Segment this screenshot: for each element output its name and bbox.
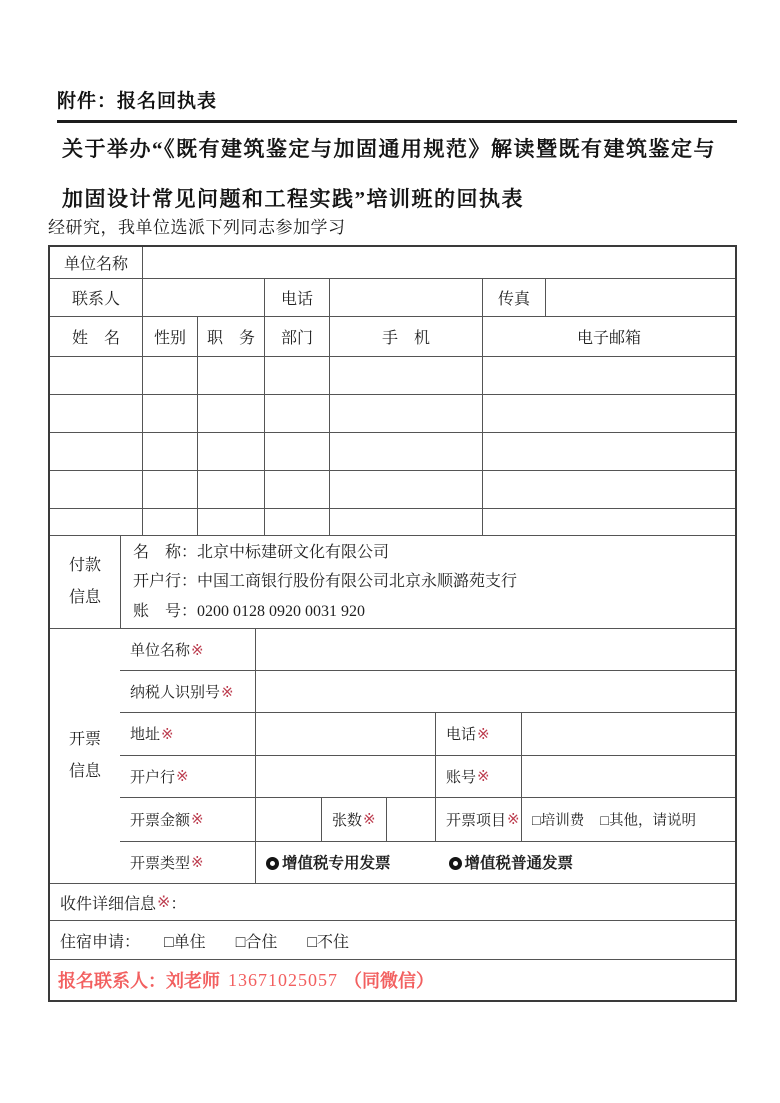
empty-cell: [142, 471, 197, 508]
invoice-info-section: 开票 信息 单位名称※ 纳税人识别号※ 地址※: [50, 628, 735, 883]
required-mark: ※: [477, 725, 490, 743]
payment-details: 名 称：北京中标建研文化有限公司 开户行：中国工商银行股份有限公司北京永顺潞苑支…: [120, 536, 735, 628]
lodging-label: 住宿申请：: [60, 929, 140, 952]
radio-bullet-icon: [266, 857, 279, 870]
fax-label: 传真: [482, 279, 545, 316]
empty-cell: [329, 509, 482, 535]
invoice-address-row: 地址※ 电话※: [120, 712, 735, 754]
invoice-bank-row: 开户行※ 账号※: [120, 755, 735, 797]
attendee-header-row: 姓 名 性别 职 务 部门 手 机 电子邮箱: [50, 316, 735, 356]
checkbox-option-shared-room: □合住: [236, 929, 278, 952]
empty-cell: [50, 471, 142, 508]
checkbox-option-other: □其他，请说明: [600, 809, 696, 830]
invoice-count-label: 张数※: [321, 798, 386, 841]
empty-cell: [482, 509, 735, 535]
label-text: 开户行: [130, 766, 175, 787]
empty-cell: [482, 433, 735, 470]
type-option-general-label: 增值税普通发票: [465, 855, 574, 872]
invoice-tax-id-row: 纳税人识别号※: [120, 670, 735, 712]
empty-cell: [264, 357, 329, 394]
colon: ：: [170, 891, 186, 914]
label-text: 纳税人识别号: [130, 681, 220, 702]
type-option-general: 增值税普通发票: [449, 851, 574, 873]
header-gender: 性别: [142, 317, 197, 356]
invoice-amount-field: [255, 798, 321, 841]
label-text: 开票项目: [446, 809, 506, 830]
label-text: 收件详细信息: [60, 891, 156, 914]
registration-form-table: 单位名称 联系人 电话 传真 姓 名 性别 职 务 部门 手 机 电子邮箱: [48, 245, 737, 1002]
empty-cell: [264, 433, 329, 470]
attendee-empty-row: [50, 394, 735, 432]
invoice-type-options: 增值税专用发票 增值税普通发票: [255, 842, 735, 883]
header-department: 部门: [264, 317, 329, 356]
required-mark: ※: [191, 810, 204, 828]
attendee-empty-row: [50, 432, 735, 470]
empty-cell: [329, 433, 482, 470]
invoice-bank-label: 开户行※: [120, 756, 255, 797]
phone-field: [329, 279, 482, 316]
required-mark: ※: [191, 641, 204, 659]
payment-info-label: 付款 信息: [50, 536, 120, 628]
label-text: 电话: [446, 723, 476, 744]
required-mark: ※: [507, 810, 520, 828]
payment-label-line2: 信息: [69, 582, 101, 614]
phone-label: 电话: [264, 279, 329, 316]
intro-sentence: 经研究，我单位选派下列同志参加学习: [48, 213, 748, 238]
header-mobile: 手 机: [329, 317, 482, 356]
empty-cell: [197, 433, 264, 470]
invoice-amount-label: 开票金额※: [120, 798, 255, 841]
checkbox-option-training-fee: □培训费: [532, 809, 584, 830]
attendee-empty-row: [50, 356, 735, 394]
invoice-type-label: 开票类型※: [120, 842, 255, 883]
recipient-info-row: 收件详细信息※：: [50, 883, 735, 920]
invoice-account-label: 账号※: [435, 756, 521, 797]
document-title-line2: 加固设计常见问题和工程实践”培训班的回执表: [62, 183, 762, 213]
invoice-address-field: [255, 713, 435, 754]
empty-cell: [264, 395, 329, 432]
radio-bullet-icon: [449, 857, 462, 870]
header-email: 电子邮箱: [482, 317, 735, 356]
footer-contact-row: 报名联系人：刘老师 13671025057 （同微信）: [50, 959, 735, 1000]
payment-label-line1: 付款: [69, 550, 101, 582]
invoice-unit-name-row: 单位名称※: [120, 629, 735, 670]
empty-cell: [50, 433, 142, 470]
invoice-info-label: 开票 信息: [50, 629, 120, 883]
type-option-special: 增值税专用发票: [266, 851, 391, 873]
lodging-options: 住宿申请： □单住 □合住 □不住: [50, 921, 735, 959]
empty-cell: [50, 509, 142, 535]
invoice-tax-id-label: 纳税人识别号※: [120, 671, 255, 712]
invoice-item-options: □培训费 □其他，请说明: [521, 798, 735, 841]
empty-cell: [142, 395, 197, 432]
required-mark: ※: [157, 892, 170, 912]
invoice-tax-id-field: [255, 671, 735, 712]
empty-cell: [264, 471, 329, 508]
label-text: 开票类型: [130, 852, 190, 873]
footer-wechat-note: （同微信）: [344, 967, 434, 993]
invoice-account-field: [521, 756, 735, 797]
invoice-fields: 单位名称※ 纳税人识别号※ 地址※ 电话※: [120, 629, 735, 883]
label-text: 地址: [130, 723, 160, 744]
checkbox-option-no-room: □不住: [307, 929, 349, 952]
contact-field: [142, 279, 264, 316]
footer-contact-name: 报名联系人：刘老师: [58, 967, 220, 993]
required-mark: ※: [191, 853, 204, 871]
invoice-count-field: [386, 798, 435, 841]
empty-cell: [482, 395, 735, 432]
empty-cell: [50, 357, 142, 394]
checkbox-option-single-room: □单住: [164, 929, 206, 952]
footer-contact: 报名联系人：刘老师 13671025057 （同微信）: [50, 960, 735, 1000]
required-mark: ※: [176, 767, 189, 785]
header-position: 职 务: [197, 317, 264, 356]
payment-company-name: 名 称：北京中标建研文化有限公司: [133, 538, 389, 568]
invoice-label-line2: 信息: [69, 756, 101, 788]
invoice-amount-row: 开票金额※ 张数※ 开票项目※ □培训费 □其他，请说明: [120, 797, 735, 841]
empty-cell: [329, 471, 482, 508]
empty-cell: [197, 357, 264, 394]
payment-account-number: 账 号：0200 0128 0920 0031 920: [133, 597, 365, 627]
invoice-unit-name-field: [255, 629, 735, 670]
attachment-heading: 附件：报名回执表: [57, 86, 737, 123]
invoice-phone-label: 电话※: [435, 713, 521, 754]
label-text: 账号: [446, 766, 476, 787]
required-mark: ※: [161, 725, 174, 743]
empty-cell: [142, 357, 197, 394]
required-mark: ※: [363, 810, 376, 828]
payment-bank-name: 开户行：中国工商银行股份有限公司北京永顺潞苑支行: [133, 567, 517, 597]
empty-cell: [142, 509, 197, 535]
contact-row: 联系人 电话 传真: [50, 278, 735, 316]
lodging-row: 住宿申请： □单住 □合住 □不住: [50, 920, 735, 959]
payment-info-row: 付款 信息 名 称：北京中标建研文化有限公司 开户行：中国工商银行股份有限公司北…: [50, 535, 735, 628]
empty-cell: [197, 509, 264, 535]
invoice-phone-field: [521, 713, 735, 754]
invoice-unit-name-label: 单位名称※: [120, 629, 255, 670]
empty-cell: [197, 471, 264, 508]
label-text: 单位名称: [130, 639, 190, 660]
empty-cell: [329, 357, 482, 394]
fax-field: [545, 279, 735, 316]
empty-cell: [482, 357, 735, 394]
unit-name-row: 单位名称: [50, 247, 735, 278]
required-mark: ※: [221, 683, 234, 701]
invoice-type-row: 开票类型※ 增值税专用发票 增值税普通发票: [120, 841, 735, 883]
attendee-empty-row: [50, 470, 735, 508]
required-mark: ※: [477, 767, 490, 785]
footer-contact-phone: 13671025057: [228, 970, 338, 991]
invoice-item-label: 开票项目※: [435, 798, 521, 841]
empty-cell: [482, 471, 735, 508]
invoice-address-label: 地址※: [120, 713, 255, 754]
empty-cell: [142, 433, 197, 470]
document-title-line1: 关于举办“《既有建筑鉴定与加固通用规范》解读暨既有建筑鉴定与: [62, 133, 762, 163]
label-text: 张数: [332, 809, 362, 830]
unit-name-field: [142, 247, 735, 278]
empty-cell: [264, 509, 329, 535]
unit-name-label: 单位名称: [50, 247, 142, 278]
header-name: 姓 名: [50, 317, 142, 356]
invoice-label-line1: 开票: [69, 724, 101, 756]
invoice-bank-field: [255, 756, 435, 797]
empty-cell: [197, 395, 264, 432]
recipient-info-label: 收件详细信息※：: [50, 884, 735, 920]
attendee-empty-row: [50, 508, 735, 535]
label-text: 开票金额: [130, 809, 190, 830]
contact-label: 联系人: [50, 279, 142, 316]
empty-cell: [50, 395, 142, 432]
empty-cell: [329, 395, 482, 432]
type-option-special-label: 增值税专用发票: [282, 855, 391, 872]
